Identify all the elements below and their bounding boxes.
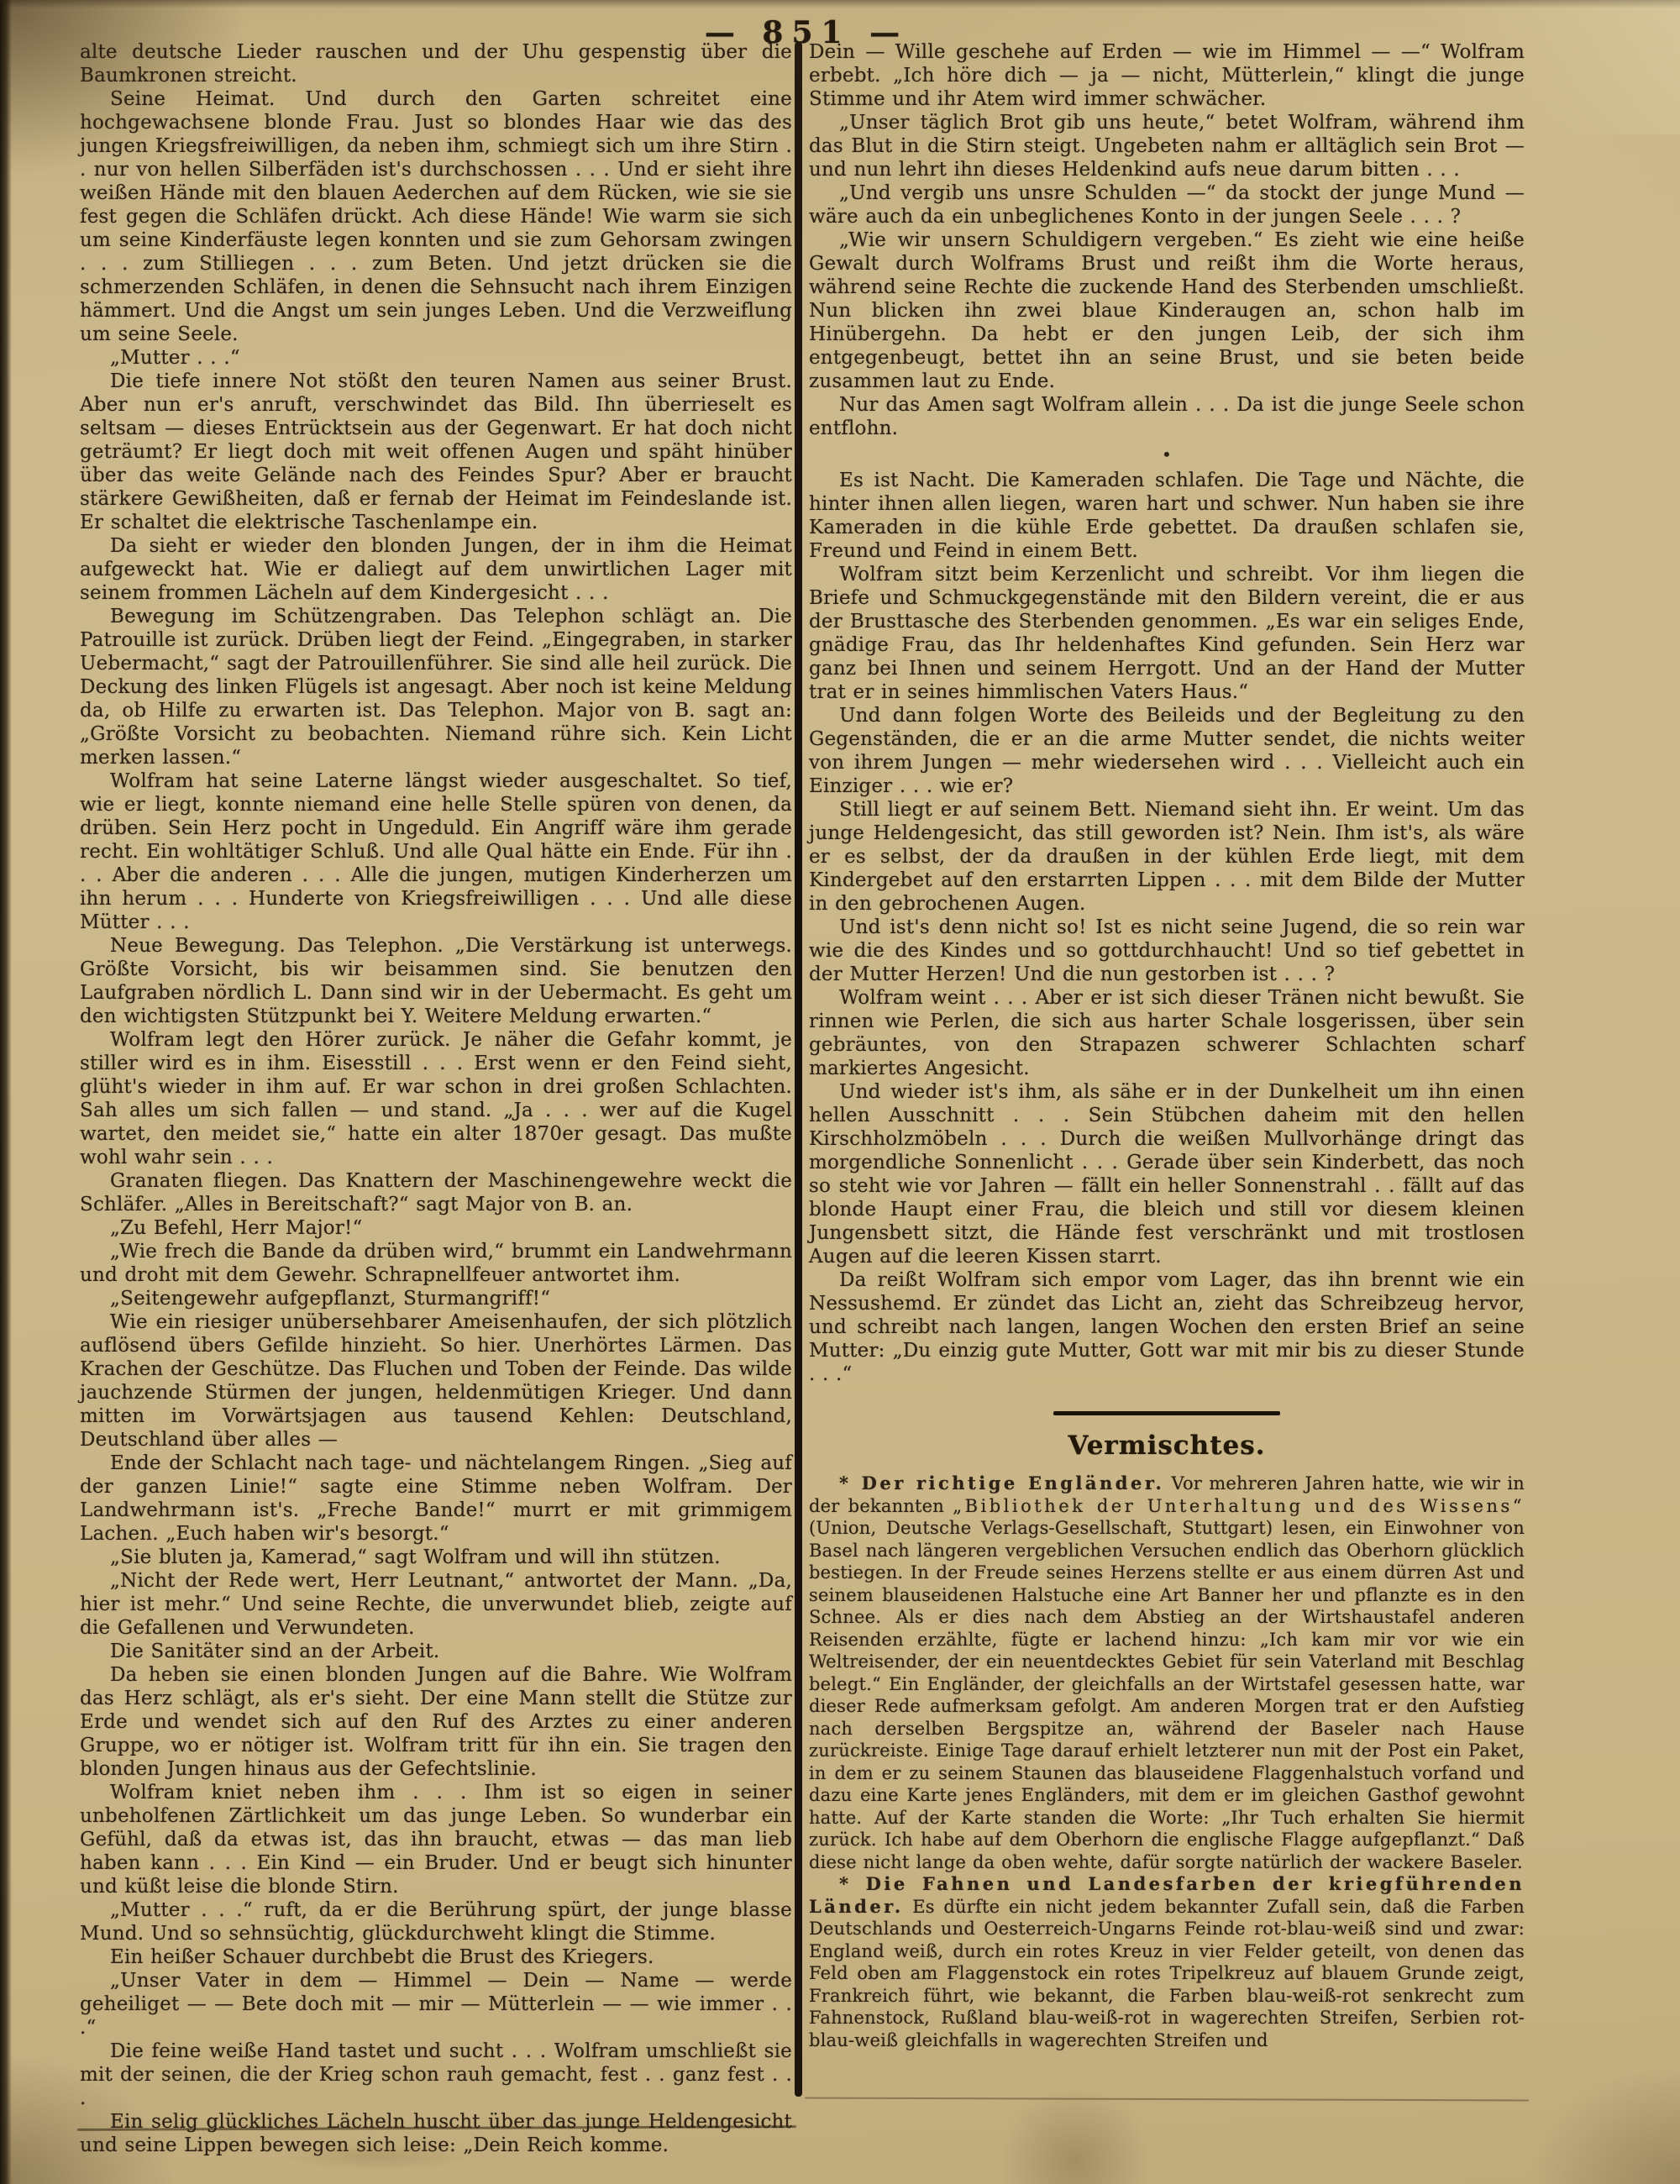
paragraph: Und wieder ist's ihm, als sähe er in der… (809, 1080, 1525, 1268)
paragraph: Da sieht er wieder den blonden Jungen, d… (80, 534, 792, 605)
paragraph: Und dann folgen Worte des Beileids und d… (809, 704, 1525, 798)
paragraph: „Mutter . . .“ ruft, da er die Berührung… (80, 1898, 792, 1945)
paragraph: „Unser täglich Brot gib uns heute,“ bete… (809, 111, 1525, 181)
section-separator-dot: • (809, 440, 1525, 469)
paragraph: „Seitengewehr aufgepflanzt, Sturmangriff… (80, 1287, 792, 1310)
paragraph: Die Sanitäter sind an der Arbeit. (80, 1640, 792, 1663)
paragraph: Da heben sie einen blonden Jungen auf di… (80, 1663, 792, 1781)
paragraph: Seine Heimat. Und durch den Garten schre… (80, 87, 792, 346)
paragraph: Es ist Nacht. Die Kameraden schlafen. Di… (809, 469, 1525, 563)
column-divider-rule (795, 42, 802, 2097)
emphasized-text: * Der richtige Engländer. (839, 1473, 1164, 1494)
emphasized-text: „Bibliothek der Unterhaltung und des Wis… (953, 1496, 1525, 1516)
paragraph: Wolfram sitzt beim Kerzenlicht und schre… (809, 563, 1525, 704)
paragraph: Still liegt er auf seinem Bett. Niemand … (809, 798, 1525, 916)
miscellany-items: * Der richtige Engländer. Vor mehreren J… (809, 1473, 1525, 2051)
paragraph: Bewegung im Schützengraben. Das Telephon… (80, 605, 792, 769)
section-divider-rule (1053, 1411, 1280, 1415)
body-text: (Union, Deutsche Verlags-Gesellschaft, S… (809, 1518, 1525, 1872)
paragraph: Ein heißer Schauer durchbebt die Brust d… (80, 1945, 792, 1969)
scan-edge-shadow-left (0, 0, 12, 2184)
story-continuation: Dein — Wille geschehe auf Erden — wie im… (809, 40, 1525, 440)
paragraph: „Zu Befehl, Herr Major!“ (80, 1216, 792, 1240)
paragraph: Die feine weiße Hand tastet und sucht . … (80, 2040, 792, 2110)
paragraph: „Sie bluten ja, Kamerad,“ sagt Wolfram u… (80, 1546, 792, 1569)
paragraph: Und ist's denn nicht so! Ist es nicht se… (809, 916, 1525, 986)
paragraph: „Nicht der Rede wert, Herr Leutnant,“ an… (80, 1569, 792, 1640)
body-text: Es dürfte ein nicht jedem bekannter Zufa… (809, 1897, 1525, 2050)
paragraph: „Und vergib uns unsre Schulden —“ da sto… (809, 181, 1525, 228)
paragraph: Wolfram weint . . . Aber er ist sich die… (809, 986, 1525, 1080)
scan-artifact-underline-right (805, 2097, 1529, 2101)
paragraph: Die tiefe innere Not stößt den teuren Na… (80, 370, 792, 534)
right-text-column: Dein — Wille geschehe auf Erden — wie im… (809, 40, 1525, 2051)
story-final-part: Es ist Nacht. Die Kameraden schlafen. Di… (809, 469, 1525, 1386)
paragraph: Wolfram hat seine Laterne längst wieder … (80, 769, 792, 934)
paragraph: Ende der Schlacht nach tage- und nächtel… (80, 1452, 792, 1546)
paper-stain (277, 2142, 479, 2171)
scanned-magazine-page: — 851 — alte deutsche Lieder rauschen un… (0, 0, 1680, 2184)
section-title: Vermischtes. (809, 1434, 1525, 1457)
paragraph: Neue Bewegung. Das Telephon. „Die Verstä… (80, 934, 792, 1028)
paragraph: Wie ein riesiger unübersehbarer Ameisenh… (80, 1310, 792, 1452)
left-text-column: alte deutsche Lieder rauschen und der Uh… (80, 40, 792, 2157)
paragraph: alte deutsche Lieder rauschen und der Uh… (80, 40, 792, 87)
paragraph: Wolfram kniet neben ihm . . . Ihm ist so… (80, 1781, 792, 1898)
paragraph: „Mutter . . .“ (80, 346, 792, 370)
paragraph: „Wie wir unsern Schuldigern vergeben.“ E… (809, 228, 1525, 393)
paragraph: Da reißt Wolfram sich empor vom Lager, d… (809, 1268, 1525, 1386)
misc-item: * Die Fahnen und Landesfarben der kriegf… (809, 1873, 1525, 2051)
paragraph: Dein — Wille geschehe auf Erden — wie im… (809, 40, 1525, 111)
paragraph: Nur das Amen sagt Wolfram allein . . . D… (809, 393, 1525, 440)
paragraph: Granaten fliegen. Das Knattern der Masch… (80, 1169, 792, 1216)
misc-item: * Der richtige Engländer. Vor mehreren J… (809, 1473, 1525, 1873)
paragraph: Wolfram legt den Hörer zurück. Je näher … (80, 1028, 792, 1169)
paragraph: „Wie frech die Bande da drüben wird,“ br… (80, 1240, 792, 1287)
paragraph: „Unser Vater in dem — Himmel — Dein — Na… (80, 1969, 792, 2040)
